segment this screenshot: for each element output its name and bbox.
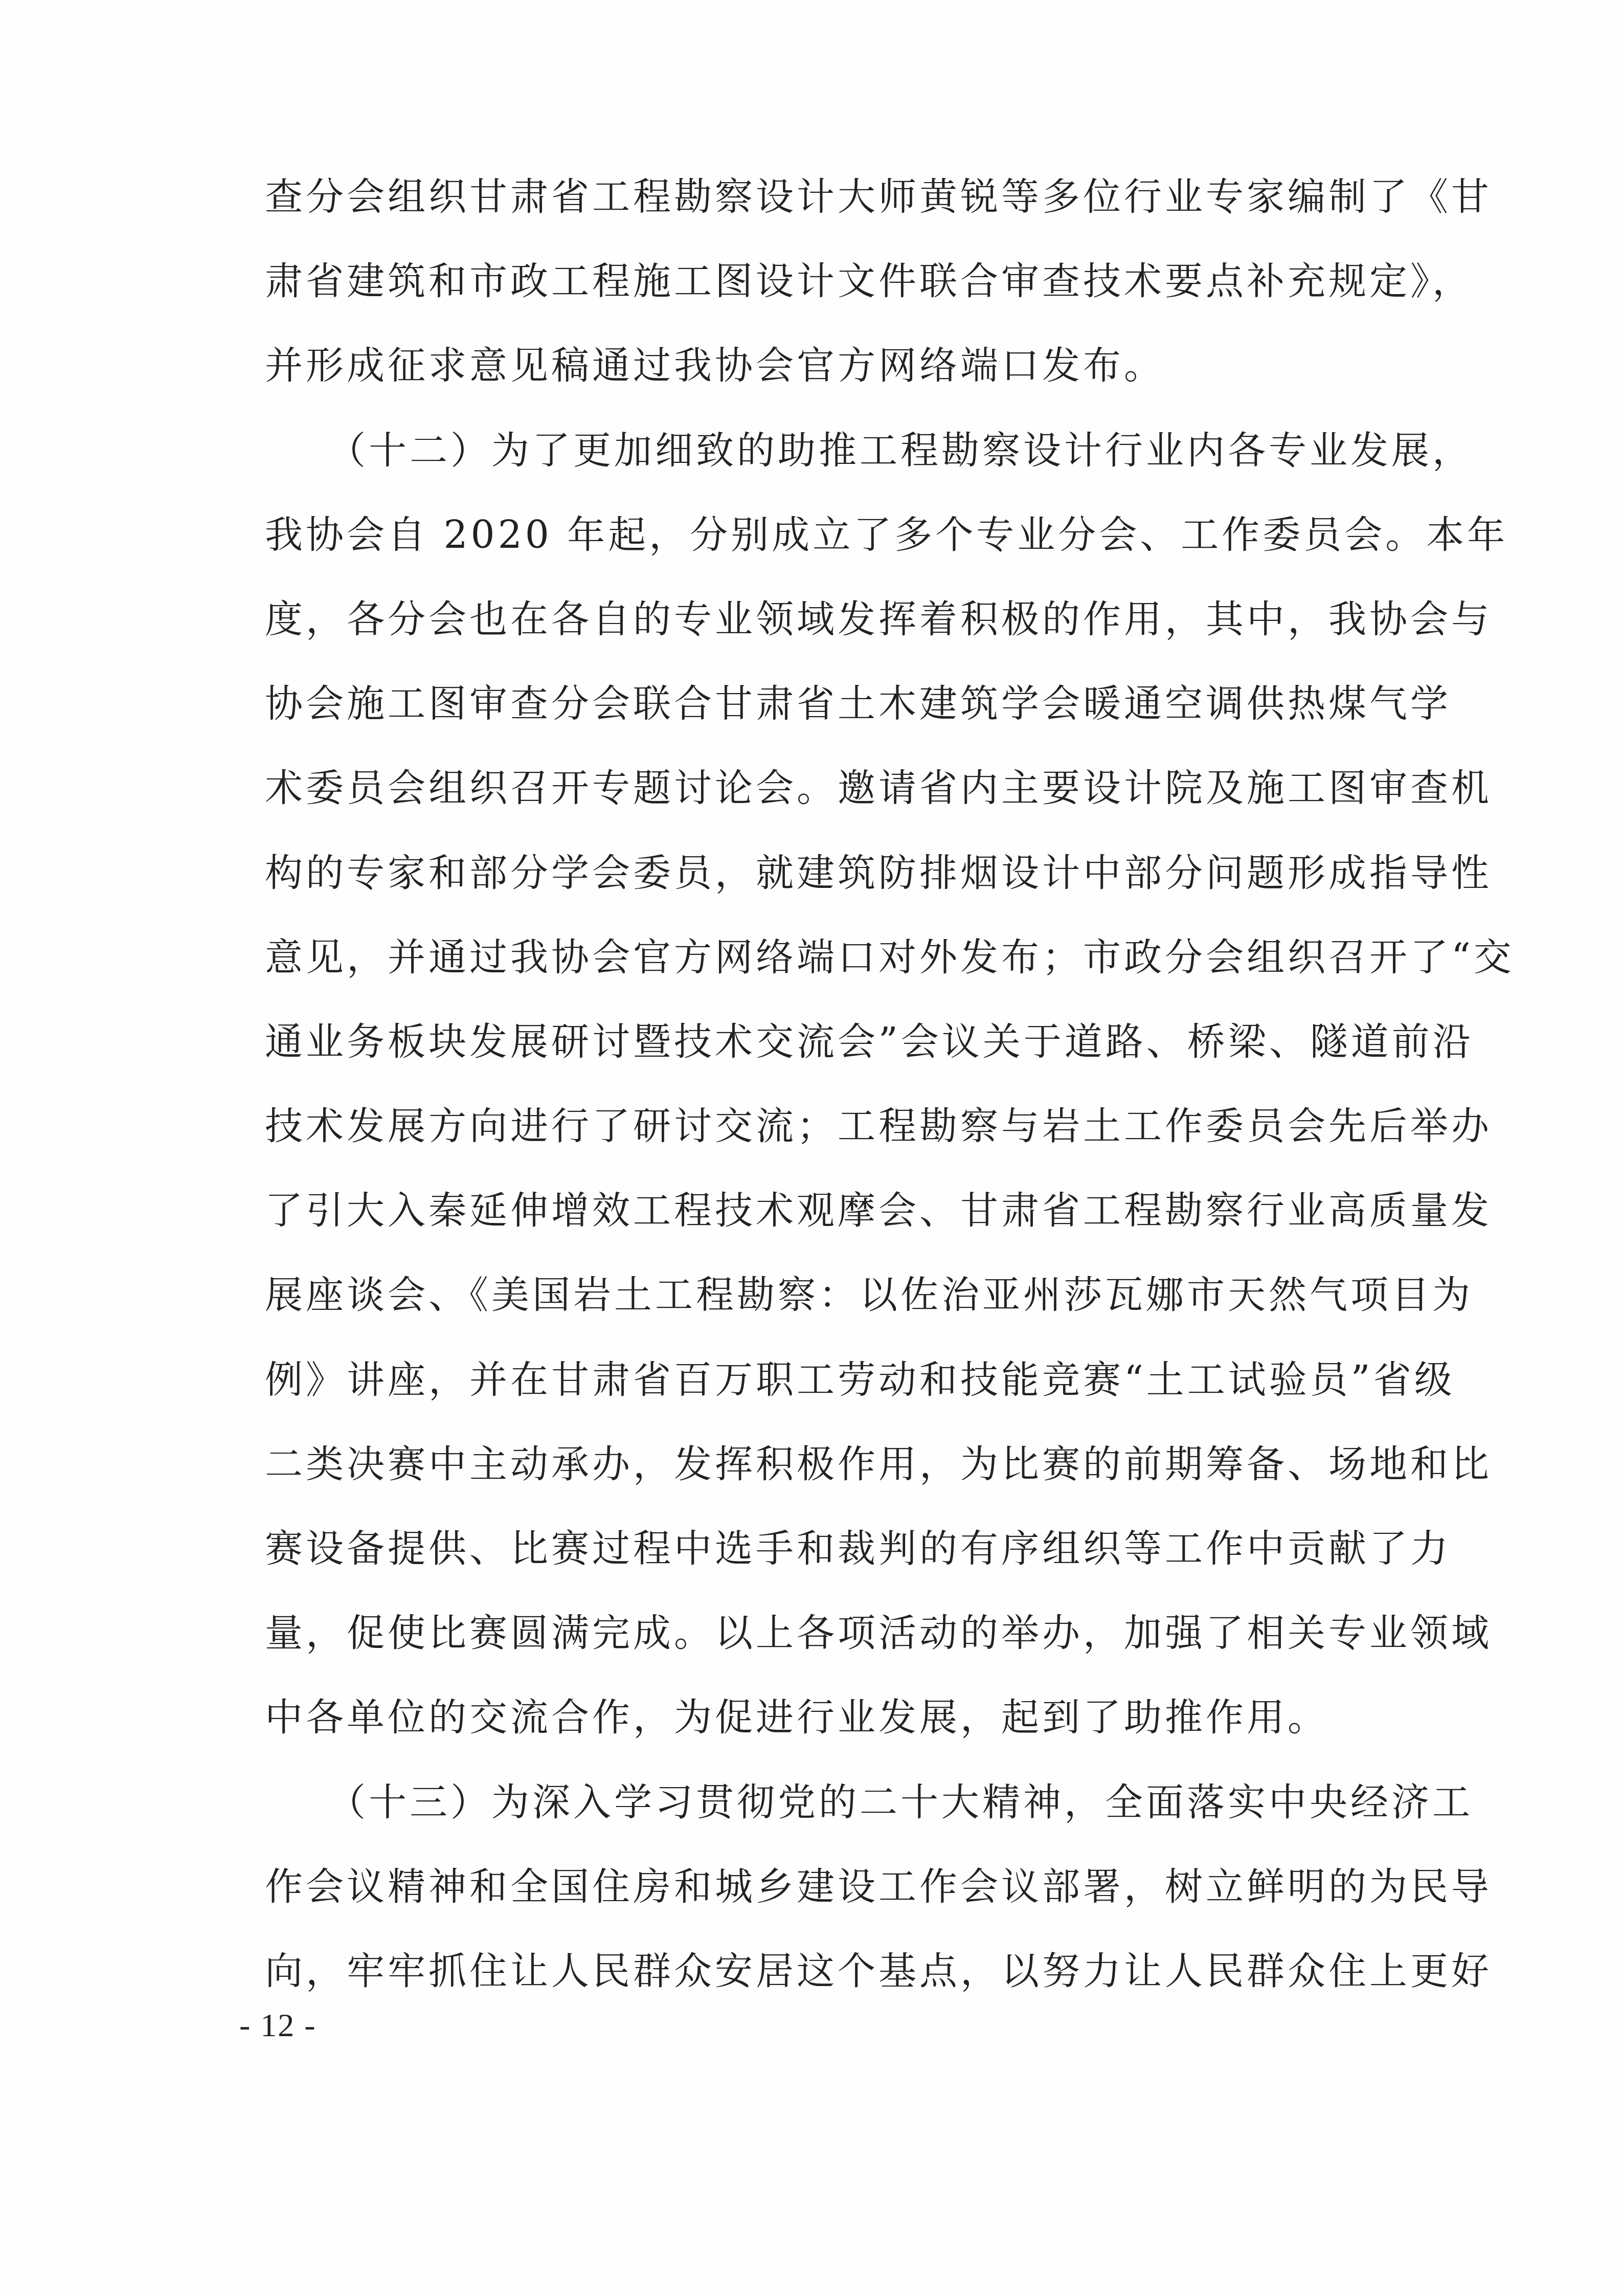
text-line: 术委员会组织召开专题讨论会。邀请省内主要设计院及施工图审查机 (265, 746, 1385, 831)
paragraph-section-12: （十二）为了更加细致的助推工程勘察设计行业内各专业发展， 我协会自 2020 年… (265, 409, 1385, 1760)
text-line: （十二）为了更加细致的助推工程勘察设计行业内各专业发展， (265, 409, 1385, 493)
text-line: 构的专家和部分学会委员，就建筑防排烟设计中部分问题形成指导性 (265, 831, 1385, 916)
text-line: 向，牢牢抓住让人民群众安居这个基点，以努力让人民群众住上更好 (265, 1929, 1385, 2014)
text-line: 协会施工图审查分会联合甘肃省土木建筑学会暖通空调供热煤气学 (265, 662, 1385, 746)
text-line: 并形成征求意见稿通过我协会官方网络端口发布。 (265, 324, 1385, 408)
text-line: 中各单位的交流合作，为促进行业发展，起到了助推作用。 (265, 1676, 1385, 1760)
text-line: 肃省建筑和市政工程施工图设计文件联合审查技术要点补充规定》， (265, 239, 1385, 324)
text-line: 我协会自 2020 年起，分别成立了多个专业分会、工作委员会。本年 (265, 493, 1385, 577)
text-line: 意见，并通过我协会官方网络端口对外发布；市政分会组织召开了“交 (265, 916, 1385, 1000)
paragraph-continuation: 查分会组织甘肃省工程勘察设计大师黄锐等多位行业专家编制了《甘 肃省建筑和市政工程… (265, 155, 1385, 409)
page-number: - 12 - (239, 2005, 317, 2046)
document-page: 查分会组织甘肃省工程勘察设计大师黄锐等多位行业专家编制了《甘 肃省建筑和市政工程… (0, 0, 1623, 2296)
text-line: 技术发展方向进行了研讨交流；工程勘察与岩土工作委员会先后举办 (265, 1084, 1385, 1169)
text-line: 通业务板块发展研讨暨技术交流会”会议关于道路、桥梁、隧道前沿 (265, 1000, 1385, 1084)
text-line: （十三）为深入学习贯彻党的二十大精神，全面落实中央经济工 (265, 1760, 1385, 1845)
text-line: 度，各分会也在各自的专业领域发挥着积极的作用，其中，我协会与 (265, 577, 1385, 662)
text-line: 作会议精神和全国住房和城乡建设工作会议部署，树立鲜明的为民导 (265, 1845, 1385, 1929)
text-line: 了引大入秦延伸增效工程技术观摩会、甘肃省工程勘察行业高质量发 (265, 1169, 1385, 1253)
text-line: 查分会组织甘肃省工程勘察设计大师黄锐等多位行业专家编制了《甘 (265, 155, 1385, 239)
text-line: 赛设备提供、比赛过程中选手和裁判的有序组织等工作中贡献了力 (265, 1507, 1385, 1591)
paragraph-section-13: （十三）为深入学习贯彻党的二十大精神，全面落实中央经济工 作会议精神和全国住房和… (265, 1760, 1385, 2014)
text-line: 量，促使比赛圆满完成。以上各项活动的举办，加强了相关专业领域 (265, 1591, 1385, 1676)
text-line: 二类决赛中主动承办，发挥积极作用，为比赛的前期筹备、场地和比 (265, 1422, 1385, 1507)
text-line: 例》讲座，并在甘肃省百万职工劳动和技能竞赛“土工试验员”省级 (265, 1338, 1385, 1422)
text-line: 展座谈会、《美国岩土工程勘察：以佐治亚州莎瓦娜市天然气项目为 (265, 1253, 1385, 1338)
body-text: 查分会组织甘肃省工程勘察设计大师黄锐等多位行业专家编制了《甘 肃省建筑和市政工程… (265, 155, 1385, 2014)
